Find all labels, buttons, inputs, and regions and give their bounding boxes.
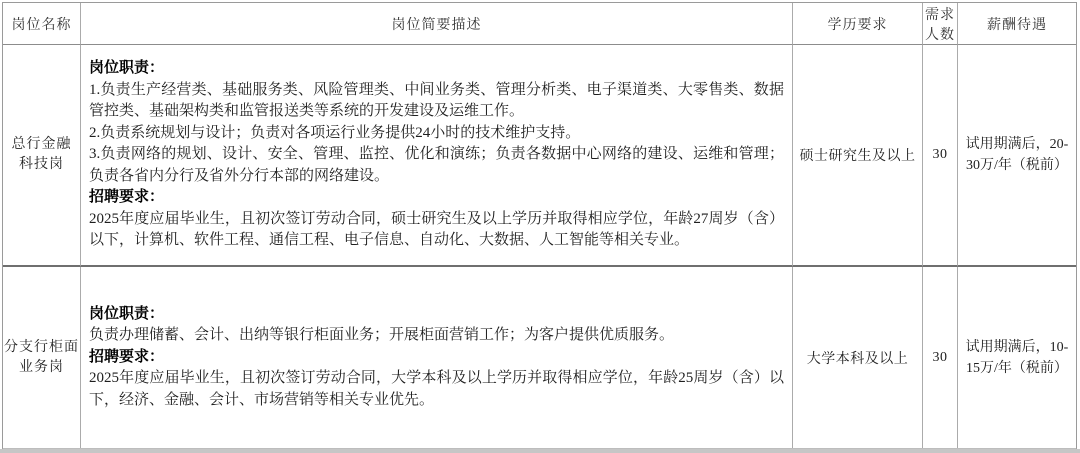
row2-requirement-heading: 招聘要求： [89,347,784,369]
row1-salary: 试用期满后，20-30万/年（税前） [958,45,1076,267]
row1-headcount-value: 30 [933,147,948,163]
row2-salary-value: 试用期满后，10-15万/年（税前） [964,337,1070,379]
row1-requirement-text: 2025年度应届毕业生，且初次签订劳动合同，硕士研究生及以上学历并取得相应学位，… [89,209,784,252]
row2-position-name: 分支行柜面 业务岗 [3,267,81,448]
header-headcount: 需求人数 [923,3,958,45]
row2-headcount-value: 30 [933,350,948,366]
header-position-label: 岗位名称 [12,14,72,34]
header-salary: 薪酬待遇 [958,3,1076,45]
header-position: 岗位名称 [3,3,81,45]
header-salary-label: 薪酬待遇 [987,14,1047,34]
header-education-label: 学历要求 [828,14,888,34]
row1-position-line2: 科技岗 [19,155,64,175]
row2-salary: 试用期满后，10-15万/年（税前） [958,267,1076,448]
header-description-label: 岗位简要描述 [392,14,482,34]
row2-position-line1: 分支行柜面 [4,338,79,358]
row1-duty-heading: 岗位职责： [89,58,784,80]
header-headcount-label: 需求人数 [923,4,957,44]
row1-description: 岗位职责： 1.负责生产经营类、基础服务类、风险管理类、中间业务类、管理分析类、… [81,45,793,267]
row2-education: 大学本科及以上 [793,267,923,448]
row1-education: 硕士研究生及以上 [793,45,923,267]
header-description: 岗位简要描述 [81,3,793,45]
header-education: 学历要求 [793,3,923,45]
row2-duty-heading: 岗位职责： [89,304,784,326]
row2-position-line2: 业务岗 [19,358,64,378]
row1-position-line1: 总行金融 [12,135,72,155]
row1-duty-item-1: 1.负责生产经营类、基础服务类、风险管理类、中间业务类、管理分析类、电子渠道类、… [89,80,784,123]
job-positions-table: 岗位名称 岗位简要描述 学历要求 需求人数 薪酬待遇 总行金融 科技岗 岗位职责… [2,2,1077,451]
row1-duty-item-3: 3.负责网络的规划、设计、安全、管理、监控、优化和演练；负责各数据中心网络的建设… [89,144,784,187]
row1-duty-item-2: 2.负责系统规划与设计；负责对各项运行业务提供24小时的技术维护支持。 [89,123,784,145]
row1-salary-value: 试用期满后，20-30万/年（税前） [964,134,1070,176]
row2-description: 岗位职责： 负责办理储蓄、会计、出纳等银行柜面业务；开展柜面营销工作；为客户提供… [81,267,793,448]
row1-education-value: 硕士研究生及以上 [800,145,916,165]
row1-requirement-heading: 招聘要求： [89,187,784,209]
row1-position-name: 总行金融 科技岗 [3,45,81,267]
row2-duty-text: 负责办理储蓄、会计、出纳等银行柜面业务；开展柜面营销工作；为客户提供优质服务。 [89,325,784,347]
row2-education-value: 大学本科及以上 [807,348,909,368]
row2-headcount: 30 [923,267,958,448]
screenshot-bottom-edge [0,449,1080,453]
row1-headcount: 30 [923,45,958,267]
row2-requirement-text: 2025年度应届毕业生，且初次签订劳动合同，大学本科及以上学历并取得相应学位，年… [89,368,784,411]
